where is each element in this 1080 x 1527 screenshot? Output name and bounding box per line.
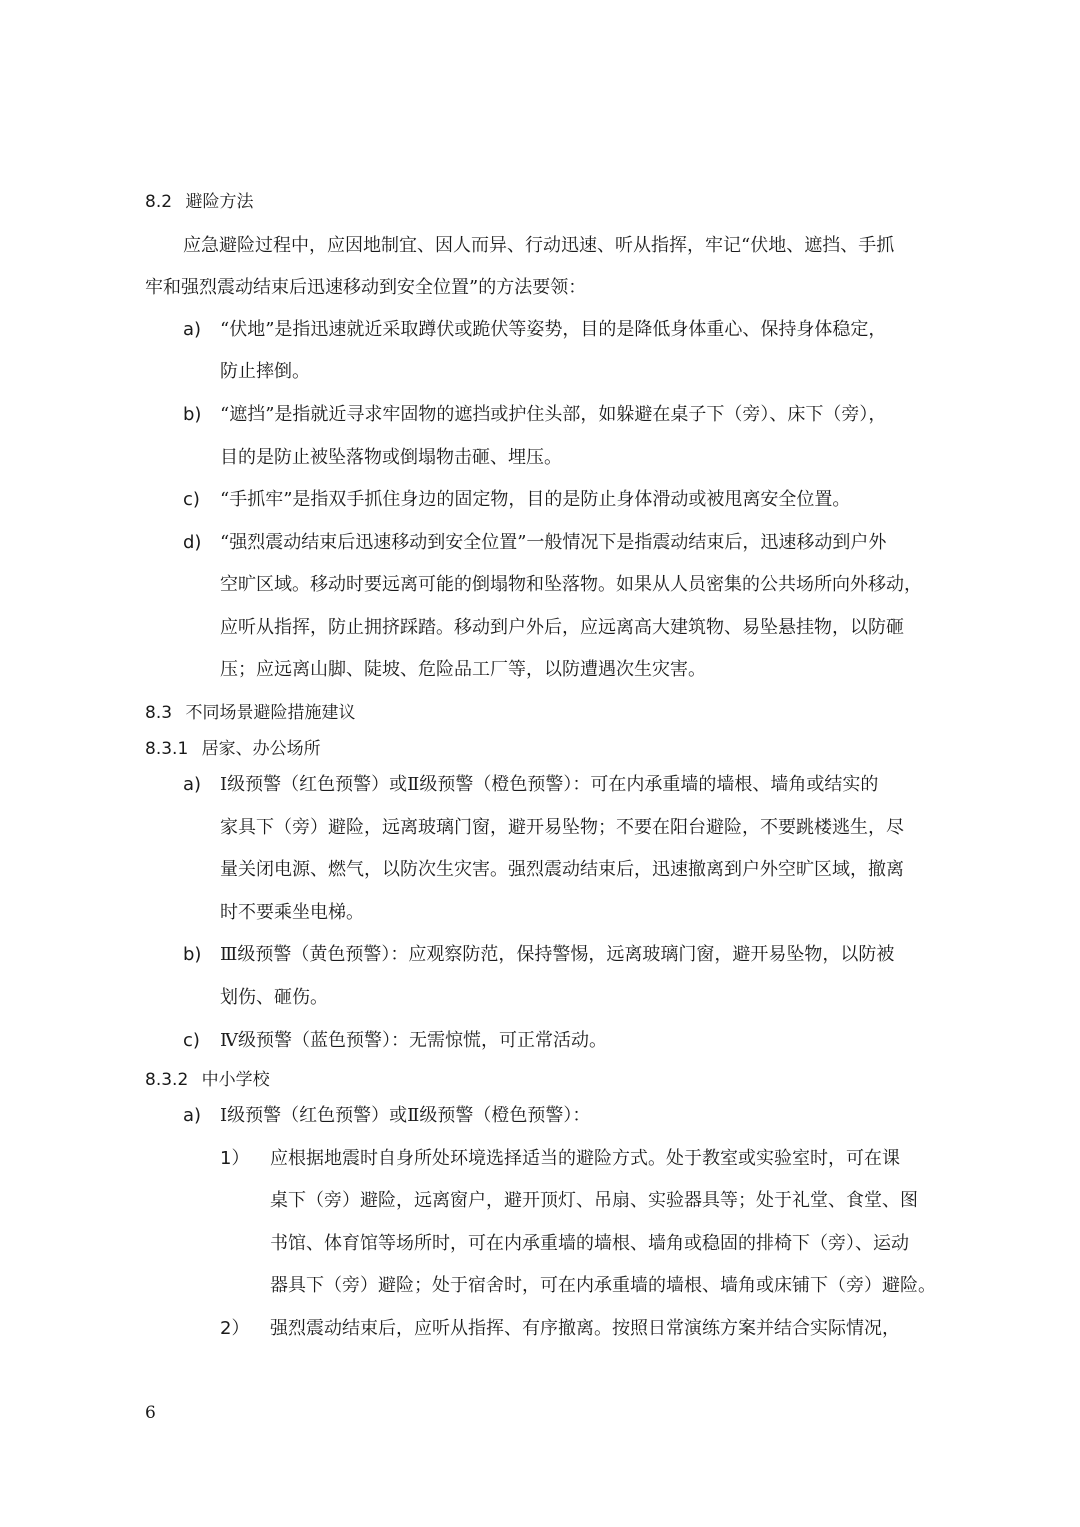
section-heading-8-3-2: 8.3.2 中小学校 — [145, 1068, 270, 1092]
list-item-text: 量关闭电源、燃气，以防次生灾害。强烈震动结束后，迅速撤离到户外空旷区域，撤离 — [220, 858, 904, 882]
list-item-text: Ⅲ级预警（黄色预警）：应观察防范，保持警惕，远离玻璃门窗，避开易坠物，以防被 — [220, 943, 894, 967]
section-heading-8-3: 8.3 不同场景避险措施建议 — [145, 701, 355, 725]
list-item-text: 时不要乘坐电梯。 — [220, 901, 364, 925]
list-item-text: 应听从指挥，防止拥挤踩踏。移动到户外后，应远离高大建筑物、易坠悬挂物，以防砸 — [220, 616, 904, 640]
section-number: 8.2 — [145, 192, 172, 212]
sublist-item-text: 器具下（旁）避险；处于宿舍时，可在内承重墙的墙根、墙角或床铺下（旁）避险。 — [270, 1274, 936, 1298]
page-number: 6 — [145, 1403, 156, 1423]
list-label: c) — [183, 488, 200, 512]
section-number: 8.3.2 — [145, 1070, 188, 1090]
section-title: 中小学校 — [202, 1070, 270, 1090]
list-item-text: “手抓牢”是指双手抓住身边的固定物，目的是防止身体滑动或被甩离安全位置。 — [220, 488, 850, 512]
section-heading-8-2: 8.2 避险方法 — [145, 190, 253, 214]
list-item-text: “强烈震动结束后迅速移动到安全位置”一般情况下是指震动结束后，迅速移动到户外 — [220, 531, 886, 555]
list-label: b) — [183, 403, 201, 427]
list-label: a) — [183, 318, 201, 342]
list-item-text: Ⅰ级预警（红色预警）或Ⅱ级预警（橙色预警）：可在内承重墙的墙根、墙角或结实的 — [220, 773, 878, 797]
list-item-text: Ⅰ级预警（红色预警）或Ⅱ级预警（橙色预警）： — [220, 1104, 590, 1128]
document-page: 8.2 避险方法 应急避险过程中，应因地制宜、因人而异、行动迅速、听从指挥，牢记… — [0, 0, 1080, 1527]
list-item-text: 压；应远离山脚、陡坡、危险品工厂等，以防遭遇次生灾害。 — [220, 658, 706, 682]
list-label: a) — [183, 1104, 201, 1128]
intro-line-1: 应急避险过程中，应因地制宜、因人而异、行动迅速、听从指挥，牢记“伏地、遮挡、手抓 — [183, 234, 894, 258]
section-title: 居家、办公场所 — [202, 739, 321, 759]
sublist-item-text: 强烈震动结束后，应听从指挥、有序撤离。按照日常演练方案并结合实际情况， — [270, 1317, 900, 1341]
intro-line-2: 牢和强烈震动结束后迅速移动到安全位置”的方法要领： — [145, 276, 586, 300]
list-item-text: 目的是防止被坠落物或倒塌物击砸、埋压。 — [220, 446, 562, 470]
list-label: b) — [183, 943, 201, 967]
list-label: a) — [183, 773, 201, 797]
list-item-text: 防止摔倒。 — [220, 360, 310, 384]
section-title: 不同场景避险措施建议 — [185, 703, 355, 723]
list-item-text: “遮挡”是指就近寻求牢固物的遮挡或护住头部，如躲避在桌子下（旁）、床下（旁）， — [220, 403, 886, 427]
list-item-text: Ⅳ级预警（蓝色预警）：无需惊慌，可正常活动。 — [220, 1029, 607, 1053]
sublist-item-text: 桌下（旁）避险，远离窗户，避开顶灯、吊扇、实验器具等；处于礼堂、食堂、图 — [270, 1189, 918, 1213]
list-item-text: 家具下（旁）避险，远离玻璃门窗，避开易坠物；不要在阳台避险，不要跳楼逃生，尽 — [220, 816, 904, 840]
section-number: 8.3.1 — [145, 739, 188, 759]
list-label: c) — [183, 1029, 200, 1053]
sublist-item-text: 书馆、体育馆等场所时，可在内承重墙的墙根、墙角或稳固的排椅下（旁）、运动 — [270, 1232, 909, 1256]
sublist-item-text: 应根据地震时自身所处环境选择适当的避险方式。处于教室或实验室时，可在课 — [270, 1147, 900, 1171]
section-heading-8-3-1: 8.3.1 居家、办公场所 — [145, 737, 321, 761]
section-number: 8.3 — [145, 703, 172, 723]
list-item-text: “伏地”是指迅速就近采取蹲伏或跪伏等姿势，目的是降低身体重心、保持身体稳定， — [220, 318, 886, 342]
list-item-text: 空旷区域。移动时要远离可能的倒塌物和坠落物。如果从人员密集的公共场所向外移动， — [220, 573, 922, 597]
section-title: 避险方法 — [185, 192, 253, 212]
list-label: d) — [183, 531, 201, 555]
sublist-label: 2） — [220, 1317, 249, 1341]
sublist-label: 1） — [220, 1147, 249, 1171]
list-item-text: 划伤、砸伤。 — [220, 986, 328, 1010]
